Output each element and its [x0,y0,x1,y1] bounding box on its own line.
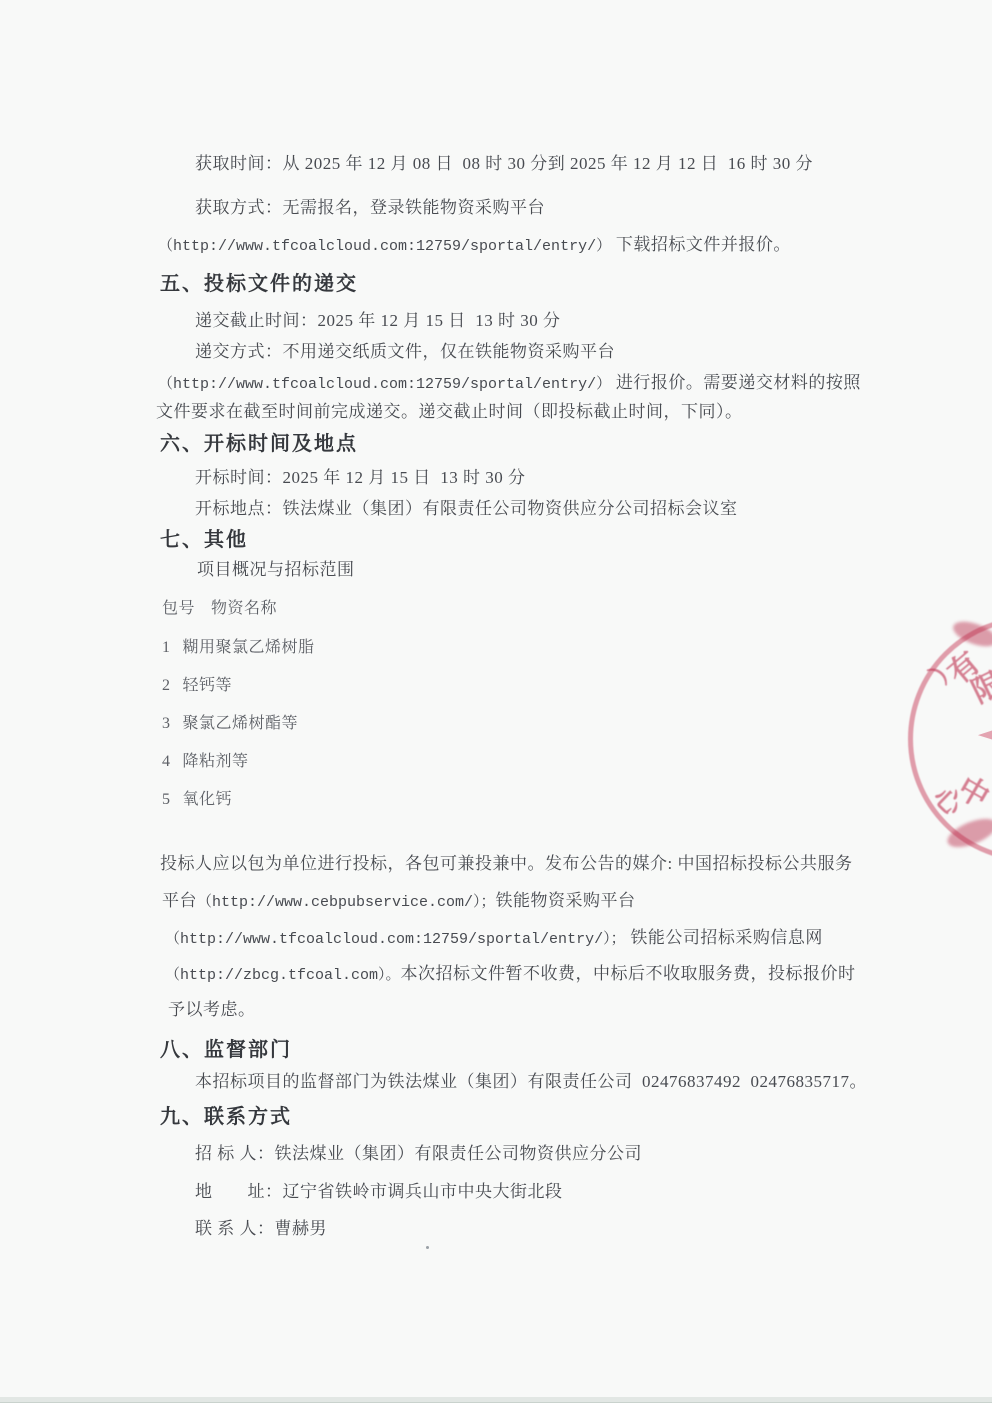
section-5-heading: 五、投标文件的递交 [160,272,358,296]
supervision-dept-line: 本招标项目的监督部门为铁法煤业（集团）有限责任公司 02476837492 02… [195,1071,867,1093]
address-line: 地 址：辽宁省铁岭市调兵山市中央大街北段 [195,1181,563,1203]
package-row: 1糊用聚氯乙烯树脂 [162,637,315,659]
address-label: 地 址： [195,1181,283,1203]
material-name-header: 物资名称 [211,600,277,617]
doc-line-text: 本次招标文件暂不收费，中标后不收取服务费，投标报价时 [401,964,856,983]
address-value: 辽宁省铁岭市调兵山市中央大街北段 [283,1182,563,1201]
doc-line-text: 进行报价。需要递交材料的按照 [611,373,861,392]
package-row: 4降粘剂等 [162,751,249,773]
cebpubservice-url: （http://www.cebpubservice.com/）； [197,894,496,911]
notice-line: （http://www.tfcoalcloud.com:12759/sporta… [165,927,823,951]
package-no: 5 [162,789,171,811]
acquisition-time-line: 获取时间：从 2025 年 12 月 08 日 08 时 30 分到 2025 … [195,153,813,175]
project-overview-line: 项目概况与招标范围 [197,559,355,581]
package-name: 降粘剂等 [183,753,249,770]
contact-person-label: 联 系 人： [195,1218,275,1240]
tenderer-line: 招 标 人：铁法煤业（集团）有限责任公司物资供应分公司 [195,1143,642,1165]
contact-person-line: 联 系 人：曹赫男 [195,1218,327,1240]
doc-line-text: 下载招标文件并报价。 [611,235,791,254]
tenderer-label: 招 标 人： [195,1143,275,1165]
section-9-heading: 九、联系方式 [160,1105,292,1129]
bid-opening-place-line: 开标地点：铁法煤业（集团）有限责任公司物资供应分公司招标会议室 [195,498,738,520]
notice-line: 平台（http://www.cebpubservice.com/）；铁能物资采购… [162,890,636,914]
acquisition-method-line: 获取方式：无需报名，登录铁能物资采购平台 [195,197,545,219]
zbcg-url: （http://zbcg.tfcoal.com）。 [165,967,401,984]
scanned-tender-document-page: 获取时间：从 2025 年 12 月 08 日 08 时 30 分到 2025 … [0,0,992,1403]
submission-deadline-line: 递交截止时间：2025 年 12 月 15 日 13 时 30 分 [195,310,561,332]
section-8-heading: 八、监督部门 [160,1038,292,1062]
section-7-heading: 七、其他 [160,528,248,552]
package-no: 2 [162,675,171,697]
notice-line: 投标人应以包为单位进行投标，各包可兼投兼中。发布公告的媒介: 中国招标投标公共服… [160,853,852,875]
package-table-header: 包号物资名称 [162,598,277,620]
package-row: 5氧化钙 [162,789,232,811]
package-no: 1 [162,637,171,659]
platform-url: （http://www.tfcoalcloud.com:12759/sporta… [158,376,611,393]
package-name: 聚氯乙烯树酯等 [183,715,299,732]
submission-note-line: 文件要求在截至时间前完成递交。递交截止时间（即投标截止时间，下同）。 [156,401,743,423]
platform-url: （http://www.tfcoalcloud.com:12759/sporta… [165,931,626,948]
submission-method-line: 递交方式：不用递交纸质文件，仅在铁能物资采购平台 [195,341,615,363]
package-name: 轻钙等 [183,677,233,694]
scan-bottom-edge [0,1397,992,1403]
package-no: 4 [162,751,171,773]
package-no-header: 包号 [162,598,195,620]
doc-line-text: 平台 [162,891,197,910]
doc-line-text: 铁能物资采购平台 [496,891,636,910]
bid-opening-time-line: 开标时间：2025 年 12 月 15 日 13 时 30 分 [195,467,526,489]
platform-url: （http://www.tfcoalcloud.com:12759/sporta… [158,238,611,255]
section-6-heading: 六、开标时间及地点 [160,432,358,456]
tenderer-value: 铁法煤业（集团）有限责任公司物资供应分公司 [275,1144,643,1163]
notice-line: 予以考虑。 [168,999,256,1021]
package-row: 3聚氯乙烯树酯等 [162,713,298,735]
package-name: 氧化钙 [183,791,233,808]
package-no: 3 [162,713,171,735]
doc-line-text: 铁能公司招标采购信息网 [626,928,823,947]
scan-speck [426,1246,429,1249]
package-row: 2轻钙等 [162,675,232,697]
package-name: 糊用聚氯乙烯树脂 [183,639,315,656]
submission-url-line: （http://www.tfcoalcloud.com:12759/sporta… [158,372,861,396]
acquisition-url-line: （http://www.tfcoalcloud.com:12759/sporta… [158,234,791,258]
notice-line: （http://zbcg.tfcoal.com）。本次招标文件暂不收费，中标后不… [165,963,856,987]
contact-person-value: 曹赫男 [275,1219,328,1238]
